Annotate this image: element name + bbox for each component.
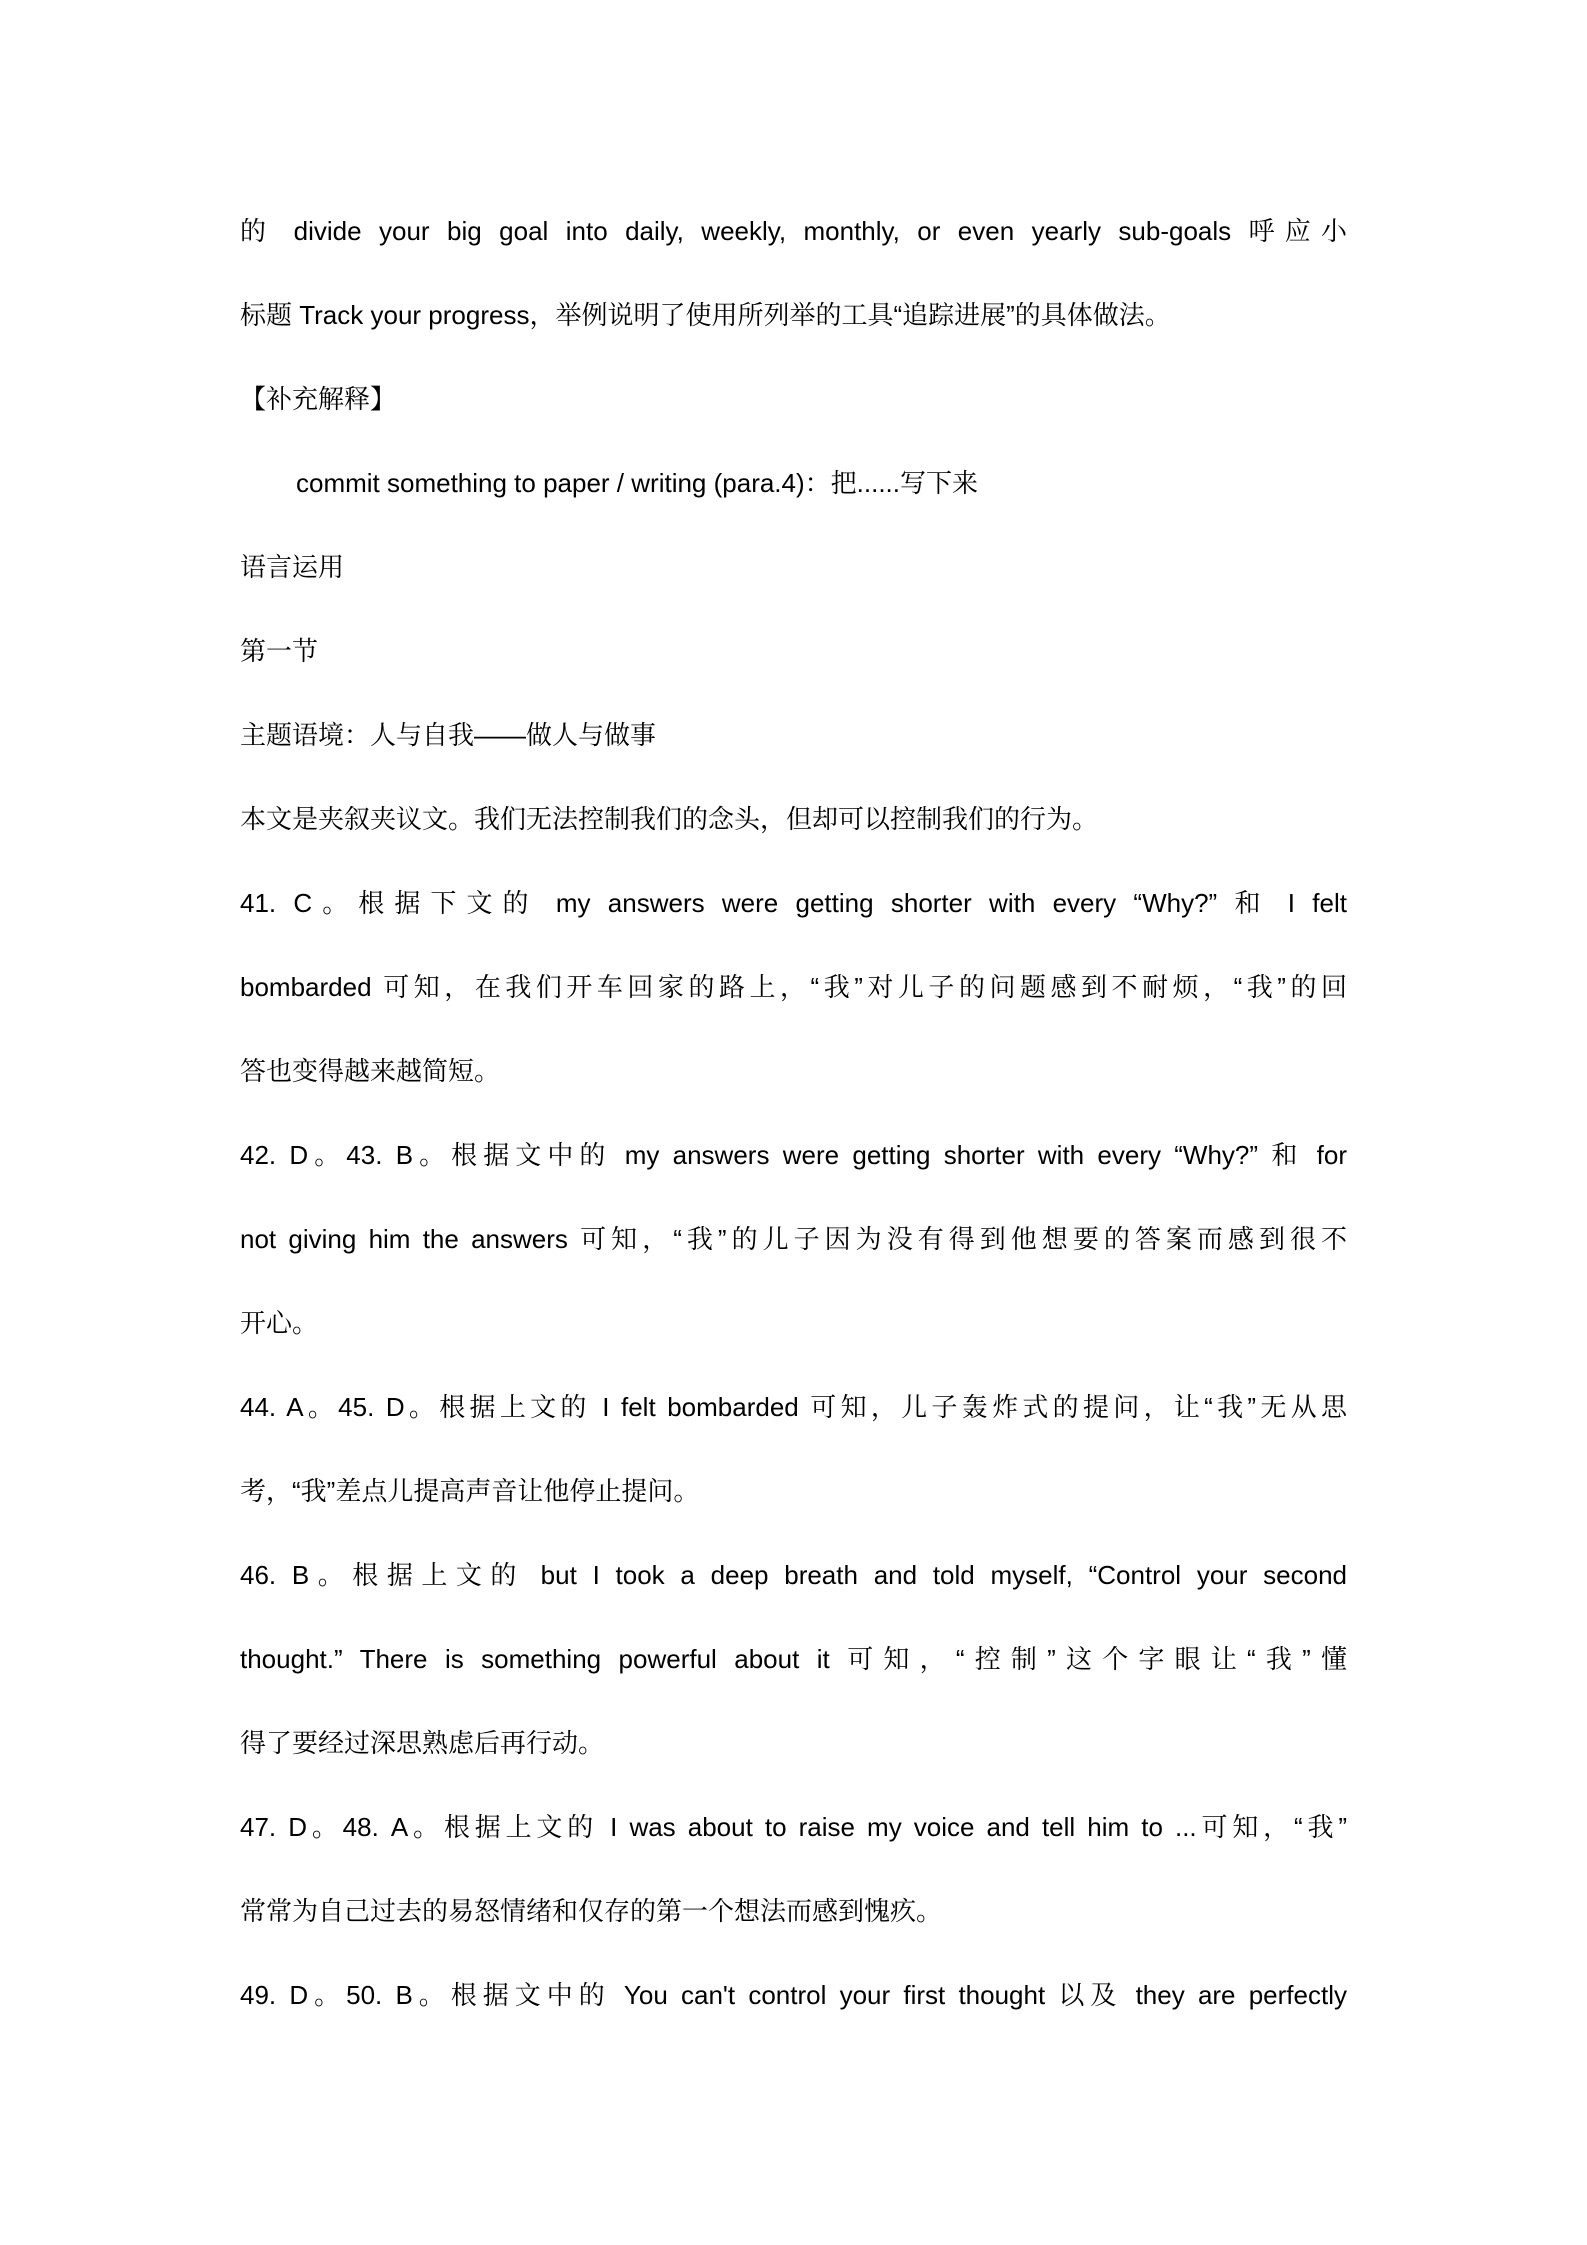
text-line: 主题语境：人与自我——做人与做事 [240, 693, 1347, 777]
text-line: 47. D。48. A。根据上文的 I was about to raise m… [240, 1785, 1347, 1869]
text-line: 44. A。45. D。根据上文的 I felt bombarded 可知，儿子… [240, 1365, 1347, 1449]
text-line: bombarded 可知，在我们开车回家的路上，“我”对儿子的问题感到不耐烦，“… [240, 945, 1347, 1029]
document-page: 的 divide your big goal into daily, weekl… [0, 0, 1587, 2245]
text-line: 标题 Track your progress，举例说明了使用所列举的工具“追踪进… [240, 273, 1347, 357]
text-line: 得了要经过深思熟虑后再行动。 [240, 1701, 1347, 1785]
text-line: not giving him the answers 可知，“我”的儿子因为没有… [240, 1197, 1347, 1281]
text-line: 【补充解释】 [240, 357, 1347, 441]
text-line: 46. B。根据上文的 but I took a deep breath and… [240, 1533, 1347, 1617]
text-line: thought.” There is something powerful ab… [240, 1617, 1347, 1701]
text-line: 的 divide your big goal into daily, weekl… [240, 189, 1347, 273]
text-line: 49. D。50. B。根据文中的 You can't control your… [240, 1953, 1347, 2037]
text-line: 答也变得越来越简短。 [240, 1029, 1347, 1113]
text-line: 本文是夹叙夹议文。我们无法控制我们的念头，但却可以控制我们的行为。 [240, 777, 1347, 861]
text-line: 第一节 [240, 609, 1347, 693]
text-line: commit something to paper / writing (par… [240, 441, 1347, 525]
text-line: 考，“我”差点儿提高声音让他停止提问。 [240, 1449, 1347, 1533]
document-text-block: 的 divide your big goal into daily, weekl… [240, 189, 1347, 2037]
text-line: 42. D。43. B。根据文中的 my answers were gettin… [240, 1113, 1347, 1197]
text-line: 常常为自己过去的易怒情绪和仅存的第一个想法而感到愧疚。 [240, 1869, 1347, 1953]
text-line: 语言运用 [240, 525, 1347, 609]
text-line: 41. C。根据下文的 my answers were getting shor… [240, 861, 1347, 945]
text-line: 开心。 [240, 1281, 1347, 1365]
